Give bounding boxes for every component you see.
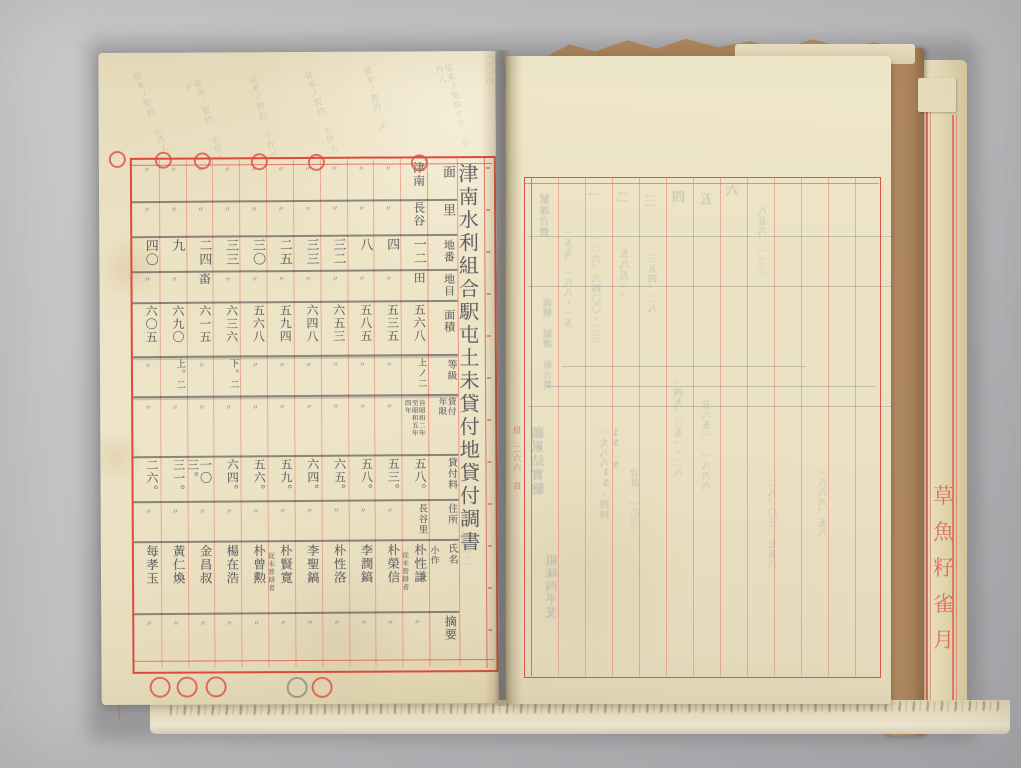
bleed-line: [528, 236, 891, 237]
ring-stamp: [155, 152, 172, 169]
cell-kyu: 〃: [249, 361, 259, 395]
cell-men: 〃: [140, 166, 150, 200]
cell-ri: 長谷: [403, 201, 425, 231]
cell-kyu: 〃: [329, 361, 339, 395]
table-header: 面: [432, 165, 454, 199]
table-header: 氏名: [434, 543, 456, 583]
cell-mei: 李潤鎬: [351, 544, 373, 608]
cell-gen: 〃: [195, 403, 205, 455]
red-column-rule: [747, 177, 748, 676]
table-header: 地目: [432, 273, 454, 299]
cell-teki: 〃: [384, 619, 394, 635]
top-annotation: 従来ノ契約 小作〆: [241, 74, 278, 163]
cell-kyu: 上。二: [162, 359, 184, 393]
bleed-line: [546, 386, 876, 387]
edge-print-fragments: 草魚籽雀月: [933, 480, 957, 720]
cell-ban: 二五: [269, 238, 291, 268]
cell-kyu: 〃: [383, 361, 393, 395]
cell-gen: 〃: [222, 403, 232, 455]
cell-teki: 〃: [411, 618, 421, 634]
cell-ban: 一二: [403, 237, 425, 267]
cell-sho: 〃: [330, 507, 340, 541]
cell-ri: 〃: [275, 205, 285, 235]
red-column-rule: [828, 177, 829, 676]
cell-moku: 〃: [355, 275, 365, 301]
ring-stamp: [150, 677, 171, 698]
bleedthrough-text: 三五四。二八: [650, 254, 666, 344]
bleedthrough-text: 四: [674, 190, 690, 220]
cell-teki: 〃: [143, 620, 153, 636]
cell-ryo: 六四。: [216, 458, 238, 498]
cell-men: 〃: [301, 165, 311, 199]
ring-stamp: [308, 154, 325, 171]
cell-ri: 〃: [221, 205, 231, 235]
cell-gen: 〃: [142, 404, 152, 456]
cell-kyu: 上ノ二: [403, 357, 425, 391]
ring-stamp: [194, 152, 211, 169]
bleed-line: [562, 366, 806, 367]
table-header: 里: [432, 203, 454, 233]
cell-gen: 〃: [168, 404, 178, 456]
cell-mei: 金昌叔: [190, 544, 212, 608]
cell-ryo: 六四。: [297, 458, 319, 498]
bleed-line: [528, 286, 891, 287]
page-corner-tab: [918, 78, 956, 112]
edge-print-char: 草: [933, 480, 954, 510]
cell-seki: 五六八: [242, 304, 264, 352]
edge-print-char: 魚: [933, 516, 954, 546]
cell-seki: 六五三: [323, 304, 345, 352]
red-column-rule: [801, 177, 802, 676]
edge-print-char: 籽: [933, 552, 954, 582]
cell-ri: 〃: [355, 205, 365, 235]
cell-moku: 田: [403, 271, 425, 297]
ring-stamp: [411, 154, 428, 171]
cell-teki: 〃: [357, 619, 367, 635]
cell-moku: 〃: [221, 275, 231, 301]
gutter-crease: [494, 50, 512, 706]
cell-gen: 〃: [356, 403, 366, 455]
cell-ri: 〃: [328, 205, 338, 235]
cell-gen: 〃: [329, 403, 339, 455]
cell-moku: 〃: [168, 276, 178, 302]
ring-stamp: [251, 153, 268, 170]
cell-sho: 〃: [169, 508, 179, 542]
edge-print-char: 雀: [933, 588, 954, 618]
ring-stamp: [312, 677, 333, 698]
cell-seki: 六〇五: [135, 305, 157, 353]
page-edge-bottom-strip: [150, 700, 1010, 734]
red-column-rule: [612, 177, 613, 676]
cell-seki: 五六八: [403, 303, 425, 351]
red-column-rule: [693, 177, 694, 676]
table-header: 地番: [432, 239, 454, 267]
cell-men: 〃: [248, 165, 258, 199]
red-column-rule: [720, 177, 721, 676]
cell-ban: 八: [349, 238, 371, 268]
top-annotation: 従来ノ契約 〆: [356, 65, 391, 154]
cell-teki: 〃: [330, 619, 340, 635]
ring-stamp: [287, 677, 308, 698]
ring-stamp: [177, 677, 198, 698]
bleedthrough-text: 組味四平芆: [546, 554, 562, 694]
cell-teki: 〃: [304, 619, 314, 635]
table-header: 摘要: [434, 615, 456, 659]
cell-seki: 六一五: [189, 304, 211, 352]
cell-gen: 自昭和二年 至昭和五年 四年: [405, 399, 425, 451]
cell-sho: 〃: [249, 507, 259, 541]
cell-ryo: 五六。: [243, 458, 265, 498]
bleedthrough-text: 一二六、六四〇〇・二三: [594, 234, 610, 414]
edge-print-char: 月: [933, 624, 954, 654]
cell-kyu: 〃: [275, 361, 285, 395]
left-page: 従来ノ契約 小作人従来ノ契約 小作人〆従来ノ契約 小作〆従来ノ契約 小作人従来ノ…: [98, 51, 498, 705]
cell-men: 〃: [382, 165, 392, 199]
top-annotation: 従来ノ契約 小作人: [126, 71, 170, 158]
cell-ri: 〃: [141, 206, 151, 236]
cell-kyu: 〃: [356, 361, 366, 395]
ring-stamp: [206, 676, 227, 697]
cell-moku: 〃: [382, 275, 392, 301]
cell-seki: 五三五: [376, 303, 398, 351]
cell-seki: 五九四: [269, 304, 291, 352]
cell-ban: 二四: [188, 238, 210, 268]
cell-kyu: 〃: [302, 361, 312, 395]
cell-gen: 〃: [249, 403, 259, 455]
cell-men: 〃: [355, 165, 365, 199]
top-annotation: 従来ノ契約アリ 小作人: [437, 63, 469, 152]
table-header: 住所: [434, 503, 456, 537]
cell-mei: 朴榮信: [378, 543, 400, 607]
cell-mei: 楊在浩: [217, 544, 239, 608]
cell-mei: 李聖鎬: [297, 544, 319, 608]
cell-ri: 〃: [167, 206, 177, 236]
cell-moku: 〃: [248, 275, 258, 301]
right-page: 六五四三二一八五六、一二三一五五、一八八・一五一二六、六四〇〇・二三五八五一。三…: [506, 56, 891, 704]
table-header: 貸付年限: [433, 397, 455, 423]
cell-ryo: 五九。: [270, 458, 292, 498]
cell-men: 〃: [328, 165, 338, 199]
red-column-rule: [639, 177, 640, 676]
cell-ban: 四: [376, 237, 398, 267]
cell-ri: 〃: [301, 205, 311, 235]
cell-gen: 〃: [276, 403, 286, 455]
bleedthrough-text: 二: [618, 190, 634, 220]
cell-men: 〃: [274, 165, 284, 199]
photo-backdrop: 草魚籽雀月 顔帽簿瞕 六五四三二一八五六、一二三一五五、一八八・一五一二六、六四…: [0, 0, 1021, 768]
cell-ban: 三〇: [242, 238, 264, 268]
bleedthrough-text: 五八五一 一八六六: [704, 400, 720, 520]
cell-sho: 長谷里: [404, 503, 426, 537]
bleedthrough-text: 一八六六、五八: [820, 468, 836, 578]
cell-ryo: 六五。: [324, 458, 346, 498]
cell-moku: 〃: [141, 276, 151, 302]
red-column-rule: [585, 177, 586, 676]
cell-kyu: 〃: [195, 361, 205, 395]
cell-ryo: 五八。: [404, 457, 426, 497]
bleedthrough-text: 合計 一〇三。: [632, 468, 648, 558]
table-header: 面積: [433, 309, 455, 353]
cell-ban: 四〇: [135, 239, 157, 269]
cell-moku: 〃: [329, 275, 339, 301]
cell-seki: 六九〇: [162, 305, 184, 353]
cell-sho: 〃: [223, 507, 233, 541]
bleedthrough-text: 三: [646, 194, 662, 224]
red-rule-edge: [930, 100, 931, 700]
cell-seki: 六四八: [296, 304, 318, 352]
bleedthrough-text: 五八五一。: [622, 248, 638, 318]
bleedthrough-text: 一大八八15・四四15.5: [602, 428, 618, 548]
cell-sho: 〃: [383, 507, 393, 541]
cell-mei: 朴曾勲: [244, 544, 266, 608]
cell-ryo: 三一。: [163, 459, 185, 499]
cell-mei: 朴性洛: [324, 544, 346, 608]
bleedthrough-text: 賦課合費: [542, 194, 558, 264]
cell-mei: 每孝玉: [136, 545, 158, 609]
cell-ryo: 二六。: [136, 459, 158, 499]
cell-seki: 五八五: [350, 304, 372, 352]
cell-moku: 畓: [188, 272, 210, 298]
cell-ryo: 五八。: [350, 458, 372, 498]
cell-ban: 三二: [322, 238, 344, 268]
cell-mei: 黃仁煥: [163, 545, 185, 609]
cell-sho: 〃: [303, 507, 313, 541]
cell-teki: 〃: [250, 619, 260, 635]
cell-men: 〃: [221, 165, 231, 199]
bleedthrough-text: 一五五、一八八・一五: [566, 228, 582, 398]
cell-moku: 〃: [302, 275, 312, 301]
cell-ri: 〃: [248, 205, 258, 235]
cell-moku: 〃: [275, 275, 285, 301]
cell-ban: 三三: [296, 238, 318, 268]
red-column-rule: [666, 177, 667, 676]
cell-seki: 六三六: [215, 304, 237, 352]
cell-teki: 〃: [196, 619, 206, 635]
red-frame-inner-top: [524, 183, 879, 184]
table-header: 等級: [433, 359, 455, 393]
cell-ban: 三三: [215, 238, 237, 268]
cell-ryo: 一〇三。: [189, 458, 211, 498]
bleedthrough-text: 一四九、三五一・二八: [676, 378, 692, 508]
cell-sho: 〃: [196, 507, 206, 541]
cell-ryo: 五三。: [377, 457, 399, 497]
table-header: 貸付料: [433, 457, 455, 497]
cell-men: 〃: [194, 165, 204, 199]
cell-gen: 〃: [383, 403, 393, 455]
ring-stamp: [109, 151, 126, 168]
bleedthrough-text: 五: [702, 192, 718, 222]
cell-teki: 〃: [169, 620, 179, 636]
bleedthrough-text: 八五六、一二三: [760, 206, 776, 336]
cell-ri: 〃: [194, 205, 204, 235]
cell-sho: 〃: [142, 508, 152, 542]
bleedthrough-text: 一: [590, 188, 606, 218]
cell-men: 〃: [167, 166, 177, 200]
cell-ri: 〃: [382, 205, 392, 235]
cell-kyu: 下。二: [216, 358, 238, 392]
cell-sho: 〃: [357, 507, 367, 541]
bleed-line: [528, 406, 891, 407]
red-rule-edge: [926, 100, 928, 700]
cell-sho: 〃: [276, 507, 286, 541]
cell-ban: 九: [161, 239, 183, 269]
bleedthrough-text: 二八。〇三 七五六: [770, 478, 786, 598]
cell-teki: 〃: [277, 619, 287, 635]
red-column-rule: [855, 177, 856, 676]
cell-gen: 〃: [302, 403, 312, 455]
bleedthrough-text: 六: [728, 184, 744, 214]
top-annotation: 従来ノ契約 小作人: [297, 70, 338, 158]
cell-teki: 〃: [223, 619, 233, 635]
cell-kyu: 〃: [141, 362, 151, 396]
